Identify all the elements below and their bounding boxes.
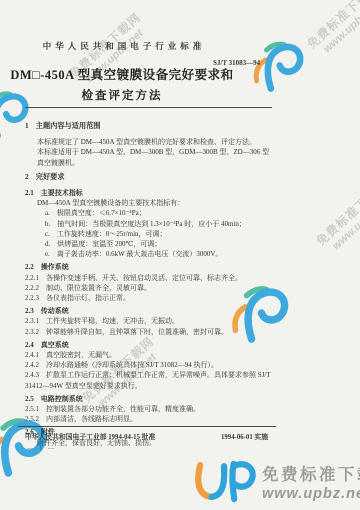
upbz-logo-icon <box>190 458 258 504</box>
brand-site-name: 免费标准下载网 <box>262 461 360 485</box>
subsection-heading: 2.5 电路控制系统 <box>25 394 275 404</box>
section-heading: 1 主题内容与适用范围 <box>25 121 275 131</box>
document-content: 中华人民共和国电子行业标准 SJ/T 31083—94 DM□-450A 型真空… <box>0 0 360 510</box>
clause: 2.2.2 制动、限位装置齐全、灵敏可靠。 <box>25 283 275 293</box>
list-item: d. 烘烤温度：室温至 200℃，可调； <box>25 239 275 249</box>
subsection-heading: 2.3 传动系统 <box>25 306 275 316</box>
document-title-line1: DM□-450A 型真空镀膜设备完好要求和 <box>8 65 236 83</box>
footer-divider <box>18 426 276 427</box>
clause: 2.4.2 冷却水路通畅（冷却系统具体按 SJ/T 31082—94 执行）。 <box>25 360 275 370</box>
document-title-line2: 检查评定方法 <box>8 87 236 103</box>
document-title: DM□-450A 型真空镀膜设备完好要求和 检查评定方法 <box>8 65 236 103</box>
list-item: a. 极限真空度：＜6.7×10⁻⁴Pa； <box>25 208 275 218</box>
paragraph: DM—450A 型真空镀膜设备的主要技术指标有： <box>25 198 275 208</box>
page-number: — 1 — <box>27 445 57 452</box>
subsection-heading: 2.2 操作系统 <box>25 262 275 272</box>
clause: 2.5.2 内部清洁，各线路标志明显。 <box>25 414 275 424</box>
clause: 2.5.1 控制装置各部分功能齐全，性能可靠，精度准确。 <box>25 404 275 414</box>
list-item: c. 工作旋转速度：0～25r/min，可调； <box>25 229 275 239</box>
standard-type-heading: 中华人民共和国电子行业标准 <box>18 40 230 52</box>
section-heading: 2 完好要求 <box>25 172 275 182</box>
list-item: b. 抽气时间：当极限真空度达到 1.3×10⁻³Pa 时，应小于 40min； <box>25 219 275 229</box>
clause: 2.3.2 钟罩能够升降自如，且钟罩落下时，位置准确，密封可靠。 <box>25 327 275 337</box>
clause: 2.2.3 各仪表指示灯、指示正常。 <box>25 293 275 303</box>
list-item: e. 离子轰击功率：0.6kW 最大轰击电压（交流）3000V。 <box>25 249 275 259</box>
approval-note: 中华人民共和国电子工业部 1994-04-15 批准 <box>25 431 155 441</box>
implementation-note: 1994-06-01 实施 <box>221 431 268 441</box>
clause: 2.4.3 扩散泵工作运行正常；机械泵工作正常，无异常噪声。具体要求参照 SJ/… <box>25 370 275 390</box>
clause: 2.4.1 真空胶密封，无漏气。 <box>25 350 275 360</box>
paragraph: 本标准适用于 DM—450A 型、DM—300B 型、GDM—300B 型、ZD… <box>25 147 275 167</box>
brand-site-url: www.upbz.net <box>262 486 360 502</box>
clause: 2.2.1 各操作变速手柄、开关、按钮启动灵活、定位可靠、标志齐全。 <box>25 273 275 283</box>
upbz-brand: 免费标准下载网 www.upbz.net <box>190 458 360 504</box>
clause: 2.3.1 工件夹旋转平稳，均速，无冲击，无振动。 <box>25 316 275 326</box>
subsection-heading: 2.4 真空系统 <box>25 340 275 350</box>
document-body: 1 主题内容与适用范围 本标准规定了 DM—450A 型真空镀膜机的完好要求和检… <box>25 117 275 448</box>
subsection-heading: 2.1 主要技术指标 <box>25 188 275 198</box>
brand-text: 免费标准下载网 www.upbz.net <box>262 461 360 502</box>
title-divider <box>25 107 272 108</box>
paragraph: 本标准规定了 DM—450A 型真空镀膜机的完好要求和检查、评定方法。 <box>25 137 275 147</box>
document-page: 免费标准下载网 www.upbz.net 免费标准下载网 www.upbz.ne… <box>0 0 360 510</box>
